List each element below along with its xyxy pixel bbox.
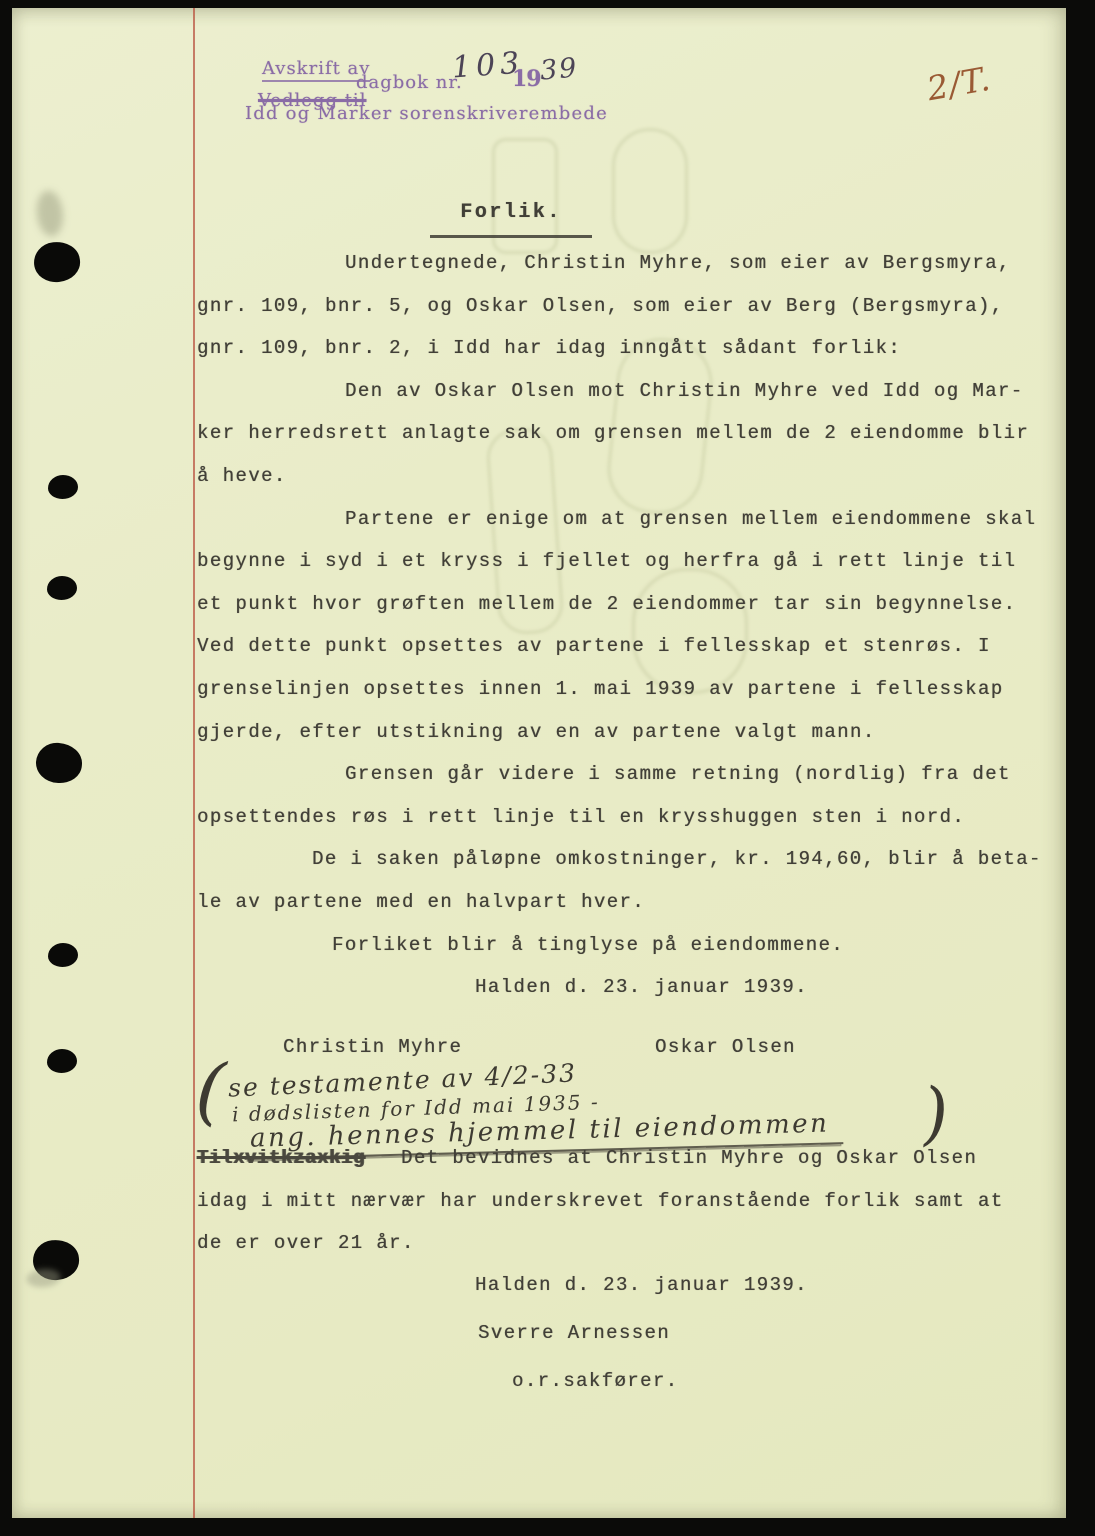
document-body: Undertegnede, Christin Myhre, som eier a…	[197, 252, 1057, 1019]
body-line: gnr. 109, bnr. 5, og Oskar Olsen, som ei…	[197, 295, 1057, 338]
body-line: Den av Oskar Olsen mot Christin Myhre ve…	[197, 380, 1057, 423]
document-page: Avskrift av Vedlegg til dagbok nr. 103 1…	[12, 8, 1066, 1518]
red-margin-line	[193, 8, 195, 1518]
scanned-register-page: { "doc": { "description": "Typewritten N…	[0, 0, 1095, 1536]
body-line: begynne i syd i et kryss i fjellet og he…	[197, 550, 1057, 593]
stamp-avskrift-av: Avskrift av	[262, 58, 370, 82]
punch-hole	[35, 741, 84, 784]
signature-christin-myhre: Christin Myhre	[283, 1036, 462, 1058]
attestation-block: TilxvitkzaxkigDet bevidnes at Christin M…	[197, 1147, 1057, 1275]
punch-hole	[47, 576, 77, 600]
punch-hole	[47, 1049, 77, 1073]
signature-oskar-olsen: Oskar Olsen	[655, 1036, 796, 1058]
body-line: Grensen går videre i samme retning (nord…	[197, 763, 1057, 806]
bleed-through-ghost	[612, 128, 688, 254]
body-line: Ved dette punkt opsettes av partene i fe…	[197, 635, 1057, 678]
body-line: gjerde, efter utstikning av en av parten…	[197, 721, 1057, 764]
attestation-line: TilxvitkzaxkigDet bevidnes at Christin M…	[197, 1147, 1057, 1190]
body-line: Halden d. 23. januar 1939.	[197, 976, 1057, 1019]
punch-hole	[32, 240, 82, 285]
body-line: le av partene med en halvpart hver.	[197, 891, 1057, 934]
body-line: Forliket blir å tinglyse på eiendommene.	[197, 934, 1057, 977]
body-line: ker herredsrett anlagte sak om grensen m…	[197, 422, 1057, 465]
closing-date: Halden d. 23. januar 1939.	[475, 1274, 808, 1296]
attestation-line: de er over 21 år.	[197, 1232, 1057, 1275]
body-line: Partene er enige om at grensen mellem ei…	[197, 508, 1057, 551]
attestation-line: idag i mitt nærvær har underskrevet fora…	[197, 1190, 1057, 1233]
body-line: De i saken påløpne omkostninger, kr. 194…	[197, 848, 1057, 891]
body-line: et punkt hvor grøften mellem de 2 eiendo…	[197, 593, 1057, 636]
handwritten-year: 39	[539, 52, 580, 86]
notary-title: o.r.sakfører.	[512, 1370, 678, 1392]
punch-hole	[48, 943, 78, 967]
handwritten-folio-mark: 2/T.	[924, 59, 994, 108]
body-line: Undertegnede, Christin Myhre, som eier a…	[197, 252, 1057, 295]
punch-hole	[31, 1238, 80, 1282]
attestation-text: Det bevidnes at Christin Myhre og Oskar …	[401, 1147, 977, 1169]
annotation-open-paren: (	[193, 1047, 228, 1135]
body-line: å heve.	[197, 465, 1057, 508]
typed-over-struck-word: Tilxvitkzaxkig	[197, 1147, 365, 1169]
stamp-dagbok-nr-label: dagbok nr.	[356, 72, 463, 93]
notary-name: Sverre Arnessen	[478, 1322, 670, 1344]
punch-hole	[48, 475, 78, 499]
body-line: grenselinjen opsettes innen 1. mai 1939 …	[197, 678, 1057, 721]
annotation-close-paren: )	[919, 1073, 951, 1154]
body-line: opsettendes røs i rett linje til en krys…	[197, 806, 1057, 849]
body-line: gnr. 109, bnr. 2, i Idd har idag inngått…	[197, 337, 1057, 380]
document-title: Forlik.	[430, 201, 592, 238]
stamp-year-prefix: 19	[512, 66, 541, 92]
stamp-office-name: Idd og Marker sorenskriverembede	[245, 103, 608, 124]
